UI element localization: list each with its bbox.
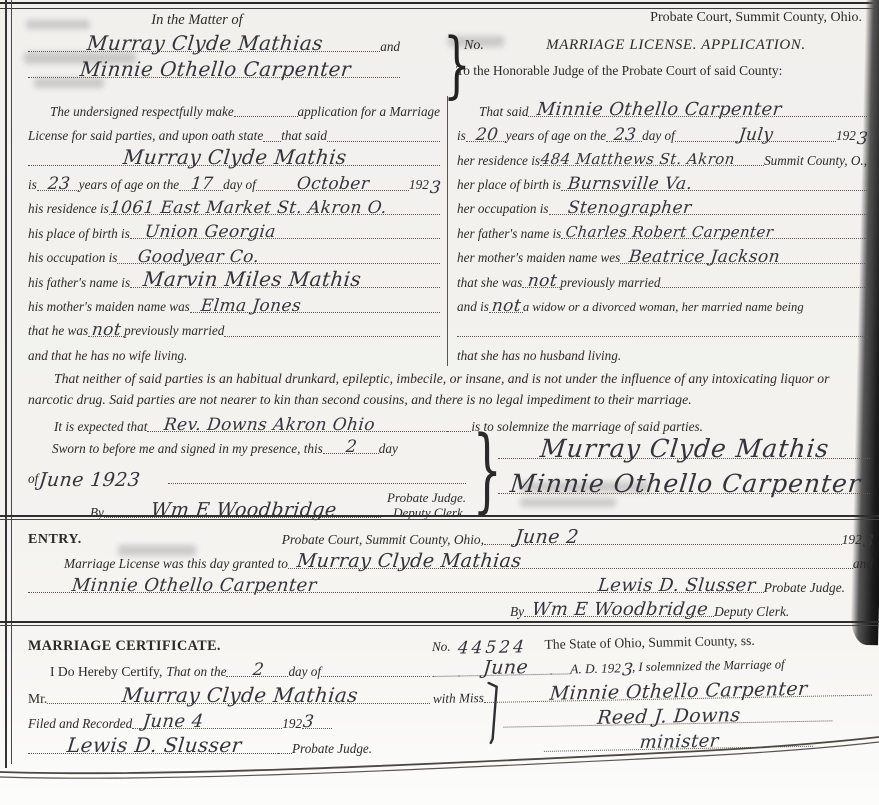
no-husband-label: that she has no husband living.: [457, 348, 621, 365]
entry-section: ENTRY. Probate Court, Summit County, Ohi…: [28, 524, 873, 620]
sworn-row-2: of June 1923: [28, 457, 466, 487]
groom-birthplace-row: his place of birth is Union Georgia: [28, 218, 440, 242]
sworn-a: Sworn to before me and signed in my pres…: [52, 441, 323, 458]
groom-name: Murray Clyde Mathis: [122, 148, 348, 167]
officiant-name: Rev. Downs Akron Ohio: [163, 417, 376, 433]
groom-month: October: [296, 176, 370, 192]
birthplace-line: Union Georgia: [130, 220, 440, 239]
intro-c: License for said parties, and upon oath …: [28, 128, 263, 145]
section-divider: [0, 515, 879, 521]
mother-label: her mother's maiden name wes: [457, 250, 620, 267]
age-line: 20: [466, 123, 506, 142]
groom-residence-row: his residence is 1061 East Market St. Ak…: [28, 194, 440, 218]
day-line: 17: [179, 172, 223, 191]
day-line: 23: [606, 123, 642, 142]
occupation-line: Stenographer: [549, 196, 867, 215]
dotted-leader: [263, 141, 281, 142]
court-name: Probate Court, Summit County, Ohio.: [456, 10, 868, 26]
bride-prev-val: not: [527, 273, 558, 289]
left-border-line-inner: [11, 0, 12, 764]
groom-signature-row: Murray Clyde Mathis: [498, 427, 870, 462]
that-said-label: That said: [479, 104, 528, 121]
groom-prev-val: not: [91, 322, 122, 338]
prev-b: previously married: [124, 323, 224, 340]
title-row: No. MARRIAGE LICENSE. APPLICATION.: [456, 37, 868, 54]
groom-application-column: The undersigned respectfully make applic…: [28, 96, 440, 364]
bride-name: Minnie Othello Carpenter: [536, 101, 783, 118]
and-label: and: [380, 39, 400, 56]
entry-row-4: By Wm E Woodbridge Deputy Clerk.: [28, 596, 873, 620]
year-printed: 192: [836, 128, 856, 145]
bride-age: 20: [475, 127, 499, 143]
groom-name-row: Murray Clyde Mathis: [28, 145, 440, 169]
scan-artifact: [520, 498, 616, 507]
mother-line: Beatrice Jackson: [620, 245, 867, 264]
dotted-leader: [168, 483, 466, 484]
groom-signature-line: Murray Clyde Mathis: [498, 433, 870, 459]
bride-widow-row: and is not a widow or a divorced woman, …: [457, 291, 867, 315]
groom-name-line: Murray Clyde Mathis: [28, 144, 440, 166]
dotted-leader: [327, 141, 440, 142]
groom-age: 23: [47, 176, 71, 192]
bride-father: Charles Robert Carpenter: [565, 225, 774, 239]
deputy-clerk-label: Deputy Clerk.: [714, 604, 789, 620]
entry-year-line: 3: [862, 530, 873, 548]
bride-name-line: Minnie Othello Carpenter: [528, 97, 867, 117]
occupation-label: her occupation is: [457, 201, 549, 218]
groom-year-digit: 3: [429, 180, 442, 196]
filed-row: Filed and Recorded June 4 192 3: [28, 707, 430, 732]
header-court-block: Probate Court, Summit County, Ohio. No. …: [456, 10, 868, 79]
bride-signature-line: Minnie Othello Carpenter: [498, 468, 870, 494]
certificate-title: MARRIAGE CERTIFICATE.: [28, 638, 221, 655]
probate-judge-label: Probate Judge.: [387, 491, 466, 506]
is-label: is: [457, 128, 466, 145]
mother-line: Elma Jones: [190, 294, 440, 313]
widow-a: and is: [457, 299, 489, 316]
minister-signature: Reed J. Downs: [596, 706, 741, 727]
groom-mother: Elma Jones: [200, 298, 302, 314]
residence-label: his residence is: [28, 201, 109, 218]
bride-no-husband-row: that she has no husband living.: [457, 340, 867, 364]
filed-year-digit: 3: [302, 714, 315, 730]
cert-bride-name: Minnie Othello Carpenter: [549, 680, 808, 703]
of-label: of: [28, 471, 38, 488]
mr-label: Mr.: [28, 691, 47, 707]
father-label: his father's name is: [28, 275, 130, 292]
top-border-line: [0, 2, 879, 4]
no-label: No.: [456, 38, 484, 54]
groom-signature: Murray Clyde Mathis: [539, 437, 831, 461]
header-parties-block: In the Matter of Murray Clyde Mathias an…: [28, 12, 436, 81]
month-line: October: [256, 172, 409, 191]
applicant-signatures: Murray Clyde Mathis Minnie Othello Carpe…: [498, 427, 870, 497]
cert-day: 2: [252, 662, 265, 678]
document-title: MARRIAGE LICENSE. APPLICATION.: [484, 37, 868, 54]
bride-widow-val: not: [491, 298, 522, 314]
dotted-leader: [234, 116, 298, 117]
entry-judge-line: Lewis D. Slusser: [589, 573, 764, 593]
certificate-title-row: MARRIAGE CERTIFICATE.: [28, 630, 430, 655]
month-line: July: [675, 123, 836, 142]
filed-date: June 4: [142, 713, 204, 730]
entry-row-1: ENTRY. Probate Court, Summit County, Ohi…: [28, 524, 873, 548]
entry-row-2: Marriage License was this day granted to…: [28, 548, 873, 572]
bride-birthplace-row: her place of birth is Burnsville Va.: [457, 169, 867, 193]
certify-a: I Do Hereby Certify,: [50, 664, 162, 680]
bride-birthplace: Burnsville Va.: [567, 176, 693, 192]
bride-signature: Minnie Othello Carpenter: [509, 472, 862, 496]
groom-father-row: his father's name is Marvin Miles Mathis: [28, 267, 440, 291]
with-miss-label: with Miss: [433, 690, 484, 707]
prev-line: not: [522, 269, 560, 288]
filed-year-line: 3: [302, 710, 332, 729]
occupation-line: Goodyear Co.: [117, 245, 440, 264]
bride-residence-row: her residence is 484 Matthews St. Akron …: [457, 145, 867, 169]
mother-label: his mother's maiden name was: [28, 299, 190, 316]
day-of-label: day of: [223, 177, 256, 194]
party1-line: Murray Clyde Mathias: [28, 30, 380, 52]
groom-mother-row: his mother's maiden name was Elma Jones: [28, 291, 440, 315]
entry-date-line: June 2: [484, 524, 842, 545]
granted-label: Marriage License was this day granted to: [64, 556, 288, 572]
dotted-leader: [457, 336, 867, 337]
sworn-day: 2: [345, 439, 358, 455]
affidavit-clause: That neither of said parties is an habit…: [28, 368, 872, 410]
cert-groom-name: Murray Clyde Mathias: [121, 686, 359, 705]
bride-age-row: is 20 years of age on the 23 day of July…: [457, 120, 867, 144]
groom-no-wife-row: and that he has no wife living.: [28, 340, 440, 364]
bride-signature-row: Minnie Othello Carpenter: [498, 462, 870, 497]
groom-occupation: Goodyear Co.: [137, 249, 260, 265]
top-border-line-inner: [0, 8, 879, 9]
sworn-row-1: Sworn to before me and signed in my pres…: [28, 433, 466, 457]
is-label: is: [28, 177, 37, 194]
affidavit-section: That neither of said parties is an habit…: [28, 368, 872, 435]
no-wife-label: and that he has no wife living.: [28, 348, 187, 365]
entry-title: ENTRY.: [28, 532, 82, 548]
cert-groom-line: Murray Clyde Mathias: [47, 682, 430, 704]
cert-no-label: No.: [432, 638, 451, 655]
entry-year-digit: 3: [862, 534, 875, 550]
intro-a: The undersigned respectfully make: [50, 104, 234, 121]
sworn-date-line: June 1923: [38, 467, 168, 487]
residence-line: 1061 East Market St. Akron O.: [109, 196, 440, 215]
sworn-date: June 1923: [38, 471, 141, 489]
party1-row: Murray Clyde Mathias and: [28, 29, 436, 55]
year-line: 3: [429, 176, 440, 194]
ad-digit: 3: [621, 662, 634, 678]
sworn-b: day: [379, 441, 398, 458]
in-the-matter-of-label: In the Matter of: [28, 12, 436, 29]
certify-row: I Do Hereby Certify, That on the 2 day o…: [28, 655, 430, 680]
father-line: Charles Robert Carpenter: [561, 220, 867, 239]
ad-line: 3: [621, 658, 633, 676]
party2-line: Minnie Othello Carpenter: [28, 56, 400, 78]
groom-occupation-row: his occupation is Goodyear Co.: [28, 242, 440, 266]
entry-bride-line: Minnie Othello Carpenter: [28, 573, 358, 593]
entry-clerk-signature: Wm E Woodbridge: [531, 601, 709, 618]
bride-day: 23: [613, 127, 637, 143]
prev-b: previously married: [560, 275, 660, 292]
ad-label: A. D. 192: [570, 660, 621, 677]
left-border-line: [5, 0, 7, 768]
birthplace-label: his place of birth is: [28, 226, 130, 243]
entry-judge-signature: Lewis D. Slusser: [597, 577, 757, 594]
prev-a: that she was: [457, 275, 522, 292]
groom-father: Marvin Miles Mathis: [142, 270, 362, 289]
groom-residence: 1061 East Market St. Akron O.: [109, 200, 388, 216]
age-line: 23: [37, 172, 79, 191]
prev-line: not: [88, 318, 124, 337]
cert-groom-row: Mr. Murray Clyde Mathias: [28, 680, 430, 707]
officiant-line: Rev. Downs Akron Ohio: [147, 413, 447, 432]
cert-day-of-label: day of: [288, 664, 321, 681]
entry-bride-name: Minnie Othello Carpenter: [71, 577, 318, 594]
intro-row-2: License for said parties, and upon oath …: [28, 120, 440, 144]
residence-line: 484 Matthews St. Akron: [540, 147, 764, 166]
entry-groom-name: Murray Clyde Mathias: [296, 552, 522, 570]
day-of-label: day of: [642, 128, 675, 145]
father-line: Marvin Miles Mathis: [130, 266, 440, 288]
dotted-leader: [224, 336, 440, 337]
dotted-leader: [358, 592, 589, 593]
dotted-leader: [432, 676, 458, 677]
cert-no-line: 44524: [450, 635, 536, 655]
widow-b: a widow or a divorced woman, her married…: [523, 300, 804, 316]
groom-prev-married-row: that he was not previously married: [28, 316, 440, 340]
groom-birthplace: Union Georgia: [144, 224, 277, 240]
birthplace-label: her place of birth is: [457, 177, 561, 194]
groom-age-row: is 23 years of age on the 17 day of Octo…: [28, 169, 440, 193]
entry-year-printed: 192: [842, 532, 862, 548]
entry-row-3: Minnie Othello Carpenter Lewis D. Slusse…: [28, 572, 873, 596]
cert-day-line: 2: [226, 658, 288, 677]
marriage-license-document: In the Matter of Murray Clyde Mathias an…: [0, 0, 879, 805]
dotted-leader: [660, 287, 867, 288]
groom-day: 17: [190, 176, 214, 192]
entry-court-line: Probate Court, Summit County, Ohio,: [282, 532, 484, 548]
cert-month: June: [482, 658, 528, 677]
bride-mother: Beatrice Jackson: [628, 249, 781, 265]
license-number: 44524: [457, 639, 527, 656]
entry-date: June 2: [514, 528, 580, 546]
entry-by-label: By: [510, 604, 524, 620]
father-label: her father's name is: [457, 226, 561, 243]
party2-name: Minnie Othello Carpenter: [79, 60, 352, 79]
bride-prev-married-row: that she was not previously married: [457, 267, 867, 291]
residence-suffix: Summit County, O.,: [764, 153, 867, 170]
column-divider: [447, 96, 448, 366]
bride-mother-row: her mother's maiden name wes Beatrice Ja…: [457, 242, 867, 266]
filed-date-line: June 4: [132, 709, 282, 729]
entry-and-label: and: [853, 556, 873, 572]
bride-residence: 484 Matthews St. Akron: [540, 152, 736, 166]
sworn-day-line: 2: [323, 435, 379, 454]
entry-clerk-line: Wm E Woodbridge: [524, 597, 714, 617]
party2-row: Minnie Othello Carpenter: [28, 55, 436, 81]
probate-judge-label: Probate Judge.: [764, 580, 845, 596]
prev-a: that he was: [28, 323, 88, 340]
bride-occupation-row: her occupation is Stenographer: [457, 194, 867, 218]
intro-d: that said: [281, 128, 327, 145]
bride-month: July: [738, 127, 774, 143]
intro-b: application for a Marriage: [298, 104, 441, 121]
party1-name: Murray Clyde Mathias: [86, 34, 324, 53]
bride-name-row: That said Minnie Othello Carpenter: [457, 96, 867, 120]
birthplace-line: Burnsville Va.: [561, 172, 867, 191]
sworn-section: Sworn to before me and signed in my pres…: [28, 433, 466, 521]
age-label: years of age on the: [79, 177, 179, 194]
intro-row-1: The undersigned respectfully make applic…: [28, 96, 440, 120]
occupation-label: his occupation is: [28, 250, 117, 267]
salutation: To the Honorable Judge of the Probate Co…: [456, 63, 868, 79]
dotted-leader: [550, 673, 570, 674]
age-label: years of age on the: [506, 128, 606, 145]
page-bottom-edge: [0, 730, 879, 805]
bride-occupation: Stenographer: [567, 200, 692, 216]
solemnized-label: , I solemnized the Marriage of: [632, 658, 785, 677]
dotted-leader: [321, 676, 430, 677]
widow-line: not: [489, 294, 523, 313]
year-line: 3: [856, 127, 867, 145]
residence-label: her residence is: [457, 153, 540, 170]
blank-dotted-row: [457, 316, 867, 340]
bride-year-digit: 3: [856, 131, 869, 147]
entry-groom-line: Murray Clyde Mathias: [288, 548, 853, 569]
certify-b: That on the: [166, 664, 226, 681]
year-printed: 192: [409, 177, 429, 194]
bride-father-row: her father's name is Charles Robert Carp…: [457, 218, 867, 242]
bride-application-column: That said Minnie Othello Carpenter is 20…: [457, 96, 867, 364]
